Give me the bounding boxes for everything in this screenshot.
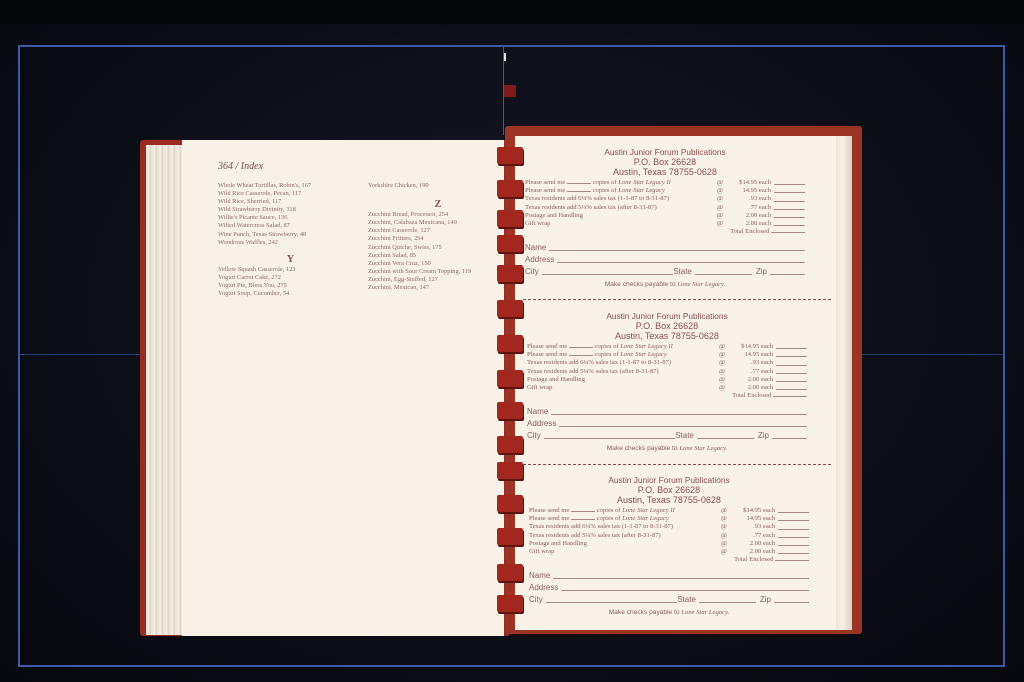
name-row: Name xyxy=(529,570,809,582)
zip-label: Zip xyxy=(760,594,771,606)
at-sign: @ xyxy=(717,195,731,203)
city-row: CityStateZip xyxy=(529,594,809,606)
city-field[interactable] xyxy=(546,602,677,603)
order-description: Gift wrap xyxy=(525,220,717,228)
quantity-blank[interactable] xyxy=(567,191,591,192)
quantity-blank[interactable] xyxy=(571,519,595,520)
unit-price: .77 each xyxy=(735,532,775,540)
grid-line-left xyxy=(18,45,20,667)
name-label: Name xyxy=(525,242,546,254)
unit-price: 2.00 each xyxy=(735,548,775,556)
binding-ring xyxy=(497,402,523,419)
order-row: Please send me copies of Lone Star Legac… xyxy=(525,187,805,195)
order-description: Please send me copies of Lone Star Legac… xyxy=(525,179,717,187)
at-sign: @ xyxy=(717,204,731,212)
city-field[interactable] xyxy=(542,274,673,275)
binding-ring xyxy=(497,495,523,512)
at-sign: @ xyxy=(721,507,735,515)
order-description: Please send me copies of Lone Star Legac… xyxy=(529,507,721,515)
unit-price: 2.00 each xyxy=(733,376,773,384)
payable-note: Make checks payable to Lone Star Legacy. xyxy=(527,445,807,452)
order-row: Texas residents add 6¼% sales tax (1-1-8… xyxy=(529,523,809,531)
at-sign: @ xyxy=(717,220,731,228)
total-blank[interactable] xyxy=(773,396,807,397)
at-sign: @ xyxy=(719,384,733,392)
po-box: P.O. Box 26628 xyxy=(527,321,807,331)
unit-price: 14.95 each xyxy=(731,187,771,195)
index-column-a: Whole Wheat Tortillas, Robin's, 167Wild … xyxy=(218,182,363,298)
order-row: Please send me copies of Lone Star Legac… xyxy=(527,351,807,359)
amount-blank[interactable] xyxy=(774,179,805,185)
at-sign: @ xyxy=(719,351,733,359)
at-sign: @ xyxy=(717,187,731,195)
index-entry: Zucchini Vera Cruz, 150 xyxy=(368,260,508,268)
order-rows: Please send me copies of Lone Star Legac… xyxy=(529,507,809,564)
order-description: Gift wrap xyxy=(527,384,719,392)
order-rows: Please send me copies of Lone Star Legac… xyxy=(525,179,805,236)
city-field[interactable] xyxy=(544,438,675,439)
binding-ring xyxy=(497,528,523,545)
order-row: Texas residents add 5¼% sales tax (after… xyxy=(527,368,807,376)
at-sign: @ xyxy=(721,540,735,548)
order-row: Gift wrap@2.00 each xyxy=(529,548,809,556)
index-entry: Zucchini with Sour Cream Topping, 119 xyxy=(368,268,508,276)
city-label: City xyxy=(525,266,539,278)
letter-heading-z: Z xyxy=(368,201,508,209)
at-sign: @ xyxy=(719,359,733,367)
at-sign: @ xyxy=(719,376,733,384)
binding-ring xyxy=(497,595,523,612)
page-header: 364 / Index xyxy=(218,161,263,172)
at-sign: @ xyxy=(717,212,731,220)
form-header: Austin Junior Forum PublicationsP.O. Box… xyxy=(529,475,809,505)
address-label: Address xyxy=(527,418,556,430)
name-field[interactable] xyxy=(549,250,805,251)
address-field[interactable] xyxy=(559,426,807,427)
amount-blank[interactable] xyxy=(774,195,805,201)
name-row: Name xyxy=(527,406,807,418)
unit-price: $14.95 each xyxy=(733,343,773,351)
grid-line-right xyxy=(1003,45,1005,667)
publisher-name: Austin Junior Forum Publications xyxy=(529,475,809,485)
address-row: Address xyxy=(527,418,807,430)
amount-blank[interactable] xyxy=(778,515,809,521)
name-label: Name xyxy=(527,406,548,418)
publisher-name: Austin Junior Forum Publications xyxy=(525,147,805,157)
unit-price: .93 each xyxy=(731,195,771,203)
binding-ring xyxy=(497,370,523,387)
unit-price: .77 each xyxy=(733,368,773,376)
amount-blank[interactable] xyxy=(778,548,809,554)
zip-field[interactable] xyxy=(772,438,807,439)
book-title: Lone Star Legacy II xyxy=(620,343,673,350)
amount-blank[interactable] xyxy=(774,212,805,218)
index-column-b: Yorkshire Chicken, 190 Z Zucchini Bread,… xyxy=(368,182,508,292)
book-title: Lone Star Legacy xyxy=(620,351,667,358)
address-row: Address xyxy=(525,254,805,266)
total-enclosed: Total Enclosed xyxy=(525,228,805,236)
at-sign: @ xyxy=(721,548,735,556)
order-row: Postage and Handling@2.00 each xyxy=(525,212,805,220)
order-description: Postage and Handling xyxy=(525,212,717,220)
order-description: Texas residents add 6¼% sales tax (1-1-8… xyxy=(529,523,721,531)
index-entry: Zucchini, Egg-Stuffed, 127 xyxy=(368,276,508,284)
zip-field[interactable] xyxy=(770,274,805,275)
unit-price: $14.95 each xyxy=(731,179,771,187)
unit-price: 2.00 each xyxy=(731,220,771,228)
unit-price: 2.00 each xyxy=(731,212,771,220)
order-description: Gift wrap xyxy=(529,548,721,556)
order-description: Texas residents add 5¼% sales tax (after… xyxy=(525,204,717,212)
address-label: Address xyxy=(525,254,554,266)
z-entries: Zucchini Bread, Processor, 254Zucchini, … xyxy=(368,211,508,292)
order-row: Texas residents add 5¼% sales tax (after… xyxy=(529,532,809,540)
unit-price: .93 each xyxy=(733,359,773,367)
order-description: Texas residents add 5¼% sales tax (after… xyxy=(529,532,721,540)
order-description: Texas residents add 6¼% sales tax (1-1-8… xyxy=(525,195,717,203)
order-row: Texas residents add 5¼% sales tax (after… xyxy=(525,204,805,212)
order-description: Texas residents add 5¼% sales tax (after… xyxy=(527,368,719,376)
binding-ring xyxy=(497,564,523,581)
order-row: Please send me copies of Lone Star Legac… xyxy=(529,515,809,523)
letter-heading-y: Y xyxy=(218,256,363,264)
amount-blank[interactable] xyxy=(778,532,809,538)
quantity-blank[interactable] xyxy=(571,511,595,512)
payable-note: Make checks payable to Lone Star Legacy. xyxy=(529,609,809,616)
index-entry: Yogurt Pie, Bless You, 275 xyxy=(218,282,363,290)
state-label: State xyxy=(677,594,696,606)
order-rows: Please send me copies of Lone Star Legac… xyxy=(527,343,807,400)
payee: Lone Star Legacy. xyxy=(677,281,725,288)
white-tick xyxy=(504,53,506,61)
unit-price: $14.95 each xyxy=(735,507,775,515)
at-sign: @ xyxy=(721,532,735,540)
quantity-blank[interactable] xyxy=(569,355,593,356)
city-row: CityStateZip xyxy=(525,266,805,278)
page-stack xyxy=(146,145,184,635)
index-entry: Zucchini Salad, 85 xyxy=(368,252,508,260)
quantity-blank[interactable] xyxy=(567,183,591,184)
book-title: Lone Star Legacy xyxy=(618,187,665,194)
y-entries-continued: Yorkshire Chicken, 190 xyxy=(368,182,508,190)
order-form: Austin Junior Forum PublicationsP.O. Box… xyxy=(527,311,807,452)
binding-ring xyxy=(497,436,523,453)
cut-line xyxy=(523,299,831,300)
publisher-name: Austin Junior Forum Publications xyxy=(527,311,807,321)
total-blank[interactable] xyxy=(775,560,809,561)
amount-blank[interactable] xyxy=(778,523,809,529)
quantity-blank[interactable] xyxy=(569,347,593,348)
city-line: Austin, Texas 78755-0628 xyxy=(527,331,807,341)
index-entry: Zucchini Fritters, 254 xyxy=(368,235,508,243)
index-entry: Yorkshire Chicken, 190 xyxy=(368,182,508,190)
unit-price: 2.00 each xyxy=(733,384,773,392)
index-entry: Willie's Picante Sauce, 136 xyxy=(218,214,363,222)
at-sign: @ xyxy=(719,343,733,351)
unit-price: 2.00 each xyxy=(735,540,775,548)
order-description: Please send me copies of Lone Star Legac… xyxy=(529,515,721,523)
binding-ring xyxy=(497,335,523,352)
payee: Lone Star Legacy. xyxy=(679,445,727,452)
state-field[interactable] xyxy=(697,438,754,439)
index-entry: Wild Rice, Sherried, 117 xyxy=(218,198,363,206)
at-sign: @ xyxy=(721,515,735,523)
amount-blank[interactable] xyxy=(778,540,809,546)
address-block: NameAddressCityStateZip xyxy=(525,242,805,278)
state-field[interactable] xyxy=(699,602,756,603)
order-description: Postage and Handling xyxy=(529,540,721,548)
address-label: Address xyxy=(529,582,558,594)
at-sign: @ xyxy=(717,179,731,187)
amount-blank[interactable] xyxy=(774,220,805,226)
total-enclosed: Total Enclosed xyxy=(529,556,809,564)
at-sign: @ xyxy=(719,368,733,376)
amount-blank[interactable] xyxy=(774,204,805,210)
city-row: CityStateZip xyxy=(527,430,807,442)
order-row: Please send me copies of Lone Star Legac… xyxy=(527,343,807,351)
top-strip xyxy=(0,0,1024,24)
binding-ring xyxy=(497,462,523,479)
order-description: Please send me copies of Lone Star Legac… xyxy=(525,187,717,195)
address-block: NameAddressCityStateZip xyxy=(529,570,809,606)
binding-ring xyxy=(497,300,523,317)
zip-field[interactable] xyxy=(774,602,809,603)
order-row: Please send me copies of Lone Star Legac… xyxy=(529,507,809,515)
index-entry: Wilted Watercress Salad, 87 xyxy=(218,222,363,230)
unit-price: 14.95 each xyxy=(733,351,773,359)
w-entries: Whole Wheat Tortillas, Robin's, 167Wild … xyxy=(218,182,363,247)
payee: Lone Star Legacy. xyxy=(681,609,729,616)
zip-label: Zip xyxy=(758,430,769,442)
index-entry: Zucchini Casserole, 127 xyxy=(368,227,508,235)
name-field[interactable] xyxy=(553,578,809,579)
index-entry: Yellow Squash Casserole, 123 xyxy=(218,266,363,274)
amount-blank[interactable] xyxy=(774,187,805,193)
binding-ring xyxy=(497,147,523,164)
state-label: State xyxy=(675,430,694,442)
order-row: Postage and Handling@2.00 each xyxy=(529,540,809,548)
book-title: Lone Star Legacy II xyxy=(618,179,671,186)
unit-price: .77 each xyxy=(731,204,771,212)
order-row: Texas residents add 6¼% sales tax (1-1-8… xyxy=(527,359,807,367)
city-label: City xyxy=(527,430,541,442)
amount-blank[interactable] xyxy=(778,507,809,513)
order-row: Gift wrap@2.00 each xyxy=(525,220,805,228)
payable-note: Make checks payable to Lone Star Legacy. xyxy=(525,281,805,288)
grid-line-bottom xyxy=(18,665,1004,667)
amount-blank[interactable] xyxy=(776,376,807,382)
zip-label: Zip xyxy=(756,266,767,278)
address-field[interactable] xyxy=(561,590,809,591)
address-field[interactable] xyxy=(557,262,805,263)
address-row: Address xyxy=(529,582,809,594)
order-form: Austin Junior Forum PublicationsP.O. Box… xyxy=(525,147,805,288)
order-description: Please send me copies of Lone Star Legac… xyxy=(527,343,719,351)
order-row: Please send me copies of Lone Star Legac… xyxy=(525,179,805,187)
order-description: Please send me copies of Lone Star Legac… xyxy=(527,351,719,359)
right-page-edge xyxy=(836,136,852,630)
order-description: Postage and Handling xyxy=(527,376,719,384)
city-label: City xyxy=(529,594,543,606)
amount-blank[interactable] xyxy=(776,368,807,374)
index-entry: Zucchini, Mexican, 147 xyxy=(368,284,508,292)
city-line: Austin, Texas 78755-0628 xyxy=(525,167,805,177)
index-entry: Zucchini Bread, Processor, 254 xyxy=(368,211,508,219)
index-entry: Whole Wheat Tortillas, Robin's, 167 xyxy=(218,182,363,190)
address-block: NameAddressCityStateZip xyxy=(527,406,807,442)
po-box: P.O. Box 26628 xyxy=(529,485,809,495)
order-form: Austin Junior Forum PublicationsP.O. Box… xyxy=(529,475,809,616)
po-box: P.O. Box 26628 xyxy=(525,157,805,167)
index-entry: Zucchini Quiche, Swiss, 175 xyxy=(368,244,508,252)
total-enclosed: Total Enclosed xyxy=(527,392,807,400)
index-entry: Wine Punch, Texas Strawberry, 48 xyxy=(218,231,363,239)
amount-blank[interactable] xyxy=(776,343,807,349)
index-entry: Yogurt Soup, Cucumber, 54 xyxy=(218,290,363,298)
order-description: Texas residents add 6¼% sales tax (1-1-8… xyxy=(527,359,719,367)
at-sign: @ xyxy=(721,523,735,531)
index-entry: Zucchini, Calabaza Mexicana, 149 xyxy=(368,219,508,227)
red-marker xyxy=(504,85,516,97)
order-row: Texas residents add 6¼% sales tax (1-1-8… xyxy=(525,195,805,203)
index-entry: Wild Strawberry Divinity, 318 xyxy=(218,206,363,214)
state-label: State xyxy=(673,266,692,278)
form-header: Austin Junior Forum PublicationsP.O. Box… xyxy=(527,311,807,341)
amount-blank[interactable] xyxy=(776,359,807,365)
city-line: Austin, Texas 78755-0628 xyxy=(529,495,809,505)
name-label: Name xyxy=(529,570,550,582)
form-header: Austin Junior Forum PublicationsP.O. Box… xyxy=(525,147,805,177)
book-title: Lone Star Legacy xyxy=(622,515,669,522)
name-row: Name xyxy=(525,242,805,254)
y-entries: Yellow Squash Casserole, 123Yogurt Carro… xyxy=(218,266,363,298)
total-blank[interactable] xyxy=(771,232,805,233)
order-row: Postage and Handling@2.00 each xyxy=(527,376,807,384)
name-field[interactable] xyxy=(551,414,807,415)
grid-line-top xyxy=(18,45,1004,47)
index-entry: Yogurt Carrot Cake, 272 xyxy=(218,274,363,282)
unit-price: 14.95 each xyxy=(735,515,775,523)
cut-line xyxy=(523,464,831,465)
unit-price: .93 each xyxy=(735,523,775,531)
amount-blank[interactable] xyxy=(776,351,807,357)
amount-blank[interactable] xyxy=(776,384,807,390)
state-field[interactable] xyxy=(695,274,752,275)
index-entry: Wondrous Waffles, 242 xyxy=(218,239,363,247)
order-row: Gift wrap@2.00 each xyxy=(527,384,807,392)
index-entry: Wild Rice Casserole, Pecan, 117 xyxy=(218,190,363,198)
book-title: Lone Star Legacy II xyxy=(622,507,675,514)
